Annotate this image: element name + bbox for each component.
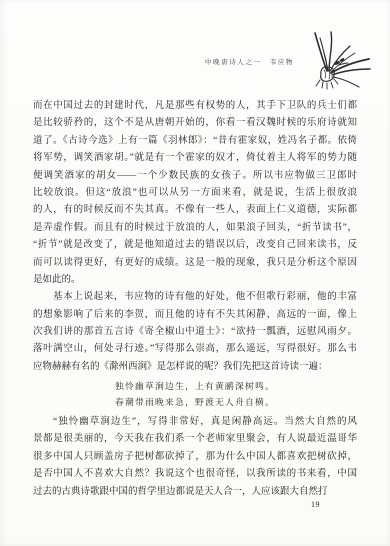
running-header: 中晚唐诗人之一 韦应物 <box>0 57 294 66</box>
text-line: 而在中国过去的封建时代，凡是那些有权势的人，其手下卫队的兵士们都 <box>33 98 357 115</box>
text-line: 次我们讲的那首五言诗《寄全椒山中道士》：“欲持一瓢酒，远慰风雨夕。 <box>33 324 357 341</box>
text-line: 将军势，调笑酒家胡。”就是有一个霍家的奴才，倚仗着主人将军的势力随 <box>33 150 357 167</box>
text-line: 基本上说起来，韦应物的诗有他的好处，他不但歌行彩丽，他的丰富 <box>33 289 357 306</box>
text-line: 便调笑酒家的胡女——一个少数民族的女孩子。所以韦应物做三卫郎时 <box>33 168 357 185</box>
text-line: 应物赫赫有名的《滁州西涧》是怎样说的呢？我们先把这首诗读一遍： <box>33 359 357 376</box>
text-line: 的想象影响了后来的李贺，而且他的诗有不失其闲静、高远的一面，像上 <box>33 307 357 324</box>
text-line: 景都是很美丽的，今天我在我们系一个老师家里聚会，有人说最近温哥华 <box>33 431 357 448</box>
body-text: 而在中国过去的封建时代，凡是那些有权势的人，其手下卫队的兵士们都是比较骄矜的，这… <box>33 98 357 501</box>
book-page: 中晚唐诗人之一 韦应物 而在中国过去的封建时代，凡是那些有权势的人，其手下卫队的… <box>0 0 390 546</box>
text-line: 道了。《古诗今选》上有一篇《羽林郎》：“昔有霍家奴，姓冯名子都。依倚 <box>33 133 357 150</box>
text-line: 是如此的。 <box>33 272 357 289</box>
text-line: 是否中国人不喜欢大自然？我说这个也很奇怪，以我所读的书来看，中国 <box>33 466 357 483</box>
text-line: “折节”就是改变了，就是他知道过去的错误以后，改变自己回来读书，反 <box>33 237 357 254</box>
text-line: 过去的古典诗歌跟中国的哲学里边都说是天人合一，人应该跟大自然打 <box>33 484 357 501</box>
paragraph: 而在中国过去的封建时代，凡是那些有权势的人，其手下卫队的兵士们都是比较骄矜的，这… <box>33 98 357 289</box>
paragraph: 基本上说起来，韦应物的诗有他的好处，他不但歌行彩丽，他的丰富的想象影响了后来的李… <box>33 289 357 376</box>
orchid-illustration-icon <box>306 25 374 91</box>
text-line: 是弄虚作假。而且有的时候过于放浪的人，如果浪子回头，“折节读书”， <box>33 220 357 237</box>
paragraph: “独怜幽草涧边生”，写得非常好，真是闲静高远。当然大自然的风景都是很美丽的，今天… <box>33 414 357 501</box>
header-title: 中晚唐诗人之一 韦应物 <box>205 59 294 66</box>
poem: 独怜幽草涧边生，上有黄鹂深树鸣。春潮带雨晚来急，野渡无人舟自横。 <box>33 379 357 410</box>
text-line: 的人，有的时候反而不失其真。不像有一些人，表面上仁义道德，实际都 <box>33 202 357 219</box>
page-number: 19 <box>311 500 320 509</box>
text-line: 是比较骄矜的，这个不是从唐朝开始的，你看一看汉魏时候的乐府诗就知 <box>33 115 357 132</box>
poem-line: 春潮带雨晚来急，野渡无人舟自横。 <box>33 395 357 410</box>
text-line: 而可以读得更好，有更好的成绩。这是一般的现象，我只是分析这个原因 <box>33 255 357 272</box>
poem-line: 独怜幽草涧边生，上有黄鹂深树鸣。 <box>33 379 357 394</box>
text-line: “独怜幽草涧边生”，写得非常好，真是闲静高远。当然大自然的风 <box>33 414 357 431</box>
text-line: 落叶满空山，何处寻行迹。”写得那么崇高，那么遥远，写得很好。那么韦 <box>33 341 357 358</box>
text-line: 很多中国人只顾盖房子把树都砍掉了，那为什么中国人都喜欢把树砍掉， <box>33 449 357 466</box>
text-line: 比较放浪。但这“放浪”也可以从另一方面来看，就是说，生活上很放浪 <box>33 185 357 202</box>
